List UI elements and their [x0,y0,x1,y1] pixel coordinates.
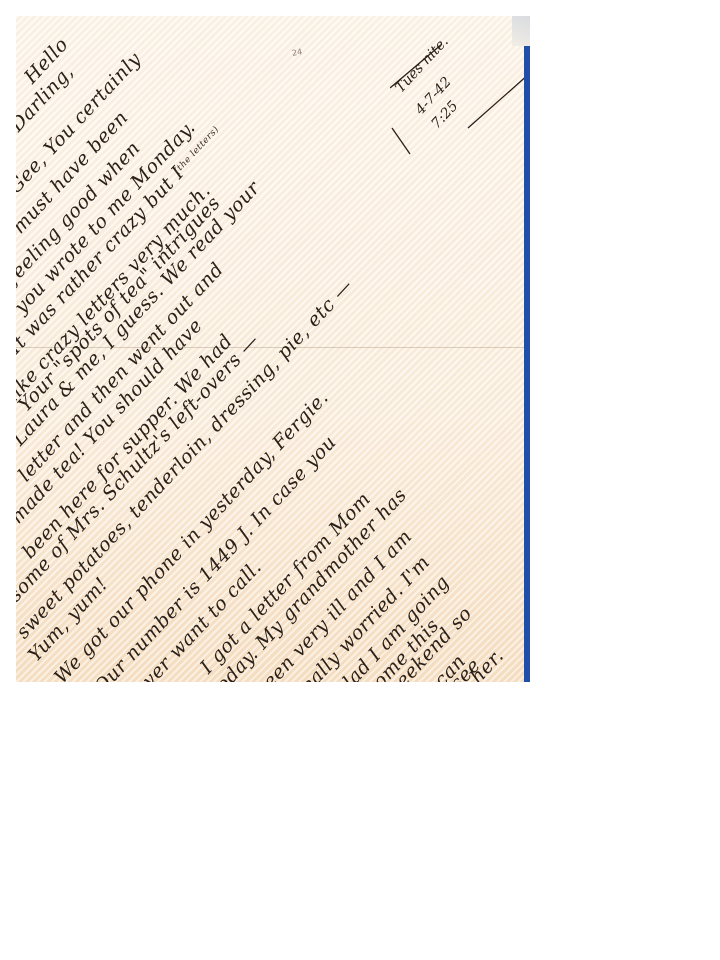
envelope-blue-edge [524,46,530,682]
letter-page: 24 Tues nite. 4-7-42 7:25 Hello Darling,… [16,16,524,682]
envelope-corner [512,16,530,46]
letter-body: Hello Darling, Gee, You certainly must h… [16,16,524,682]
